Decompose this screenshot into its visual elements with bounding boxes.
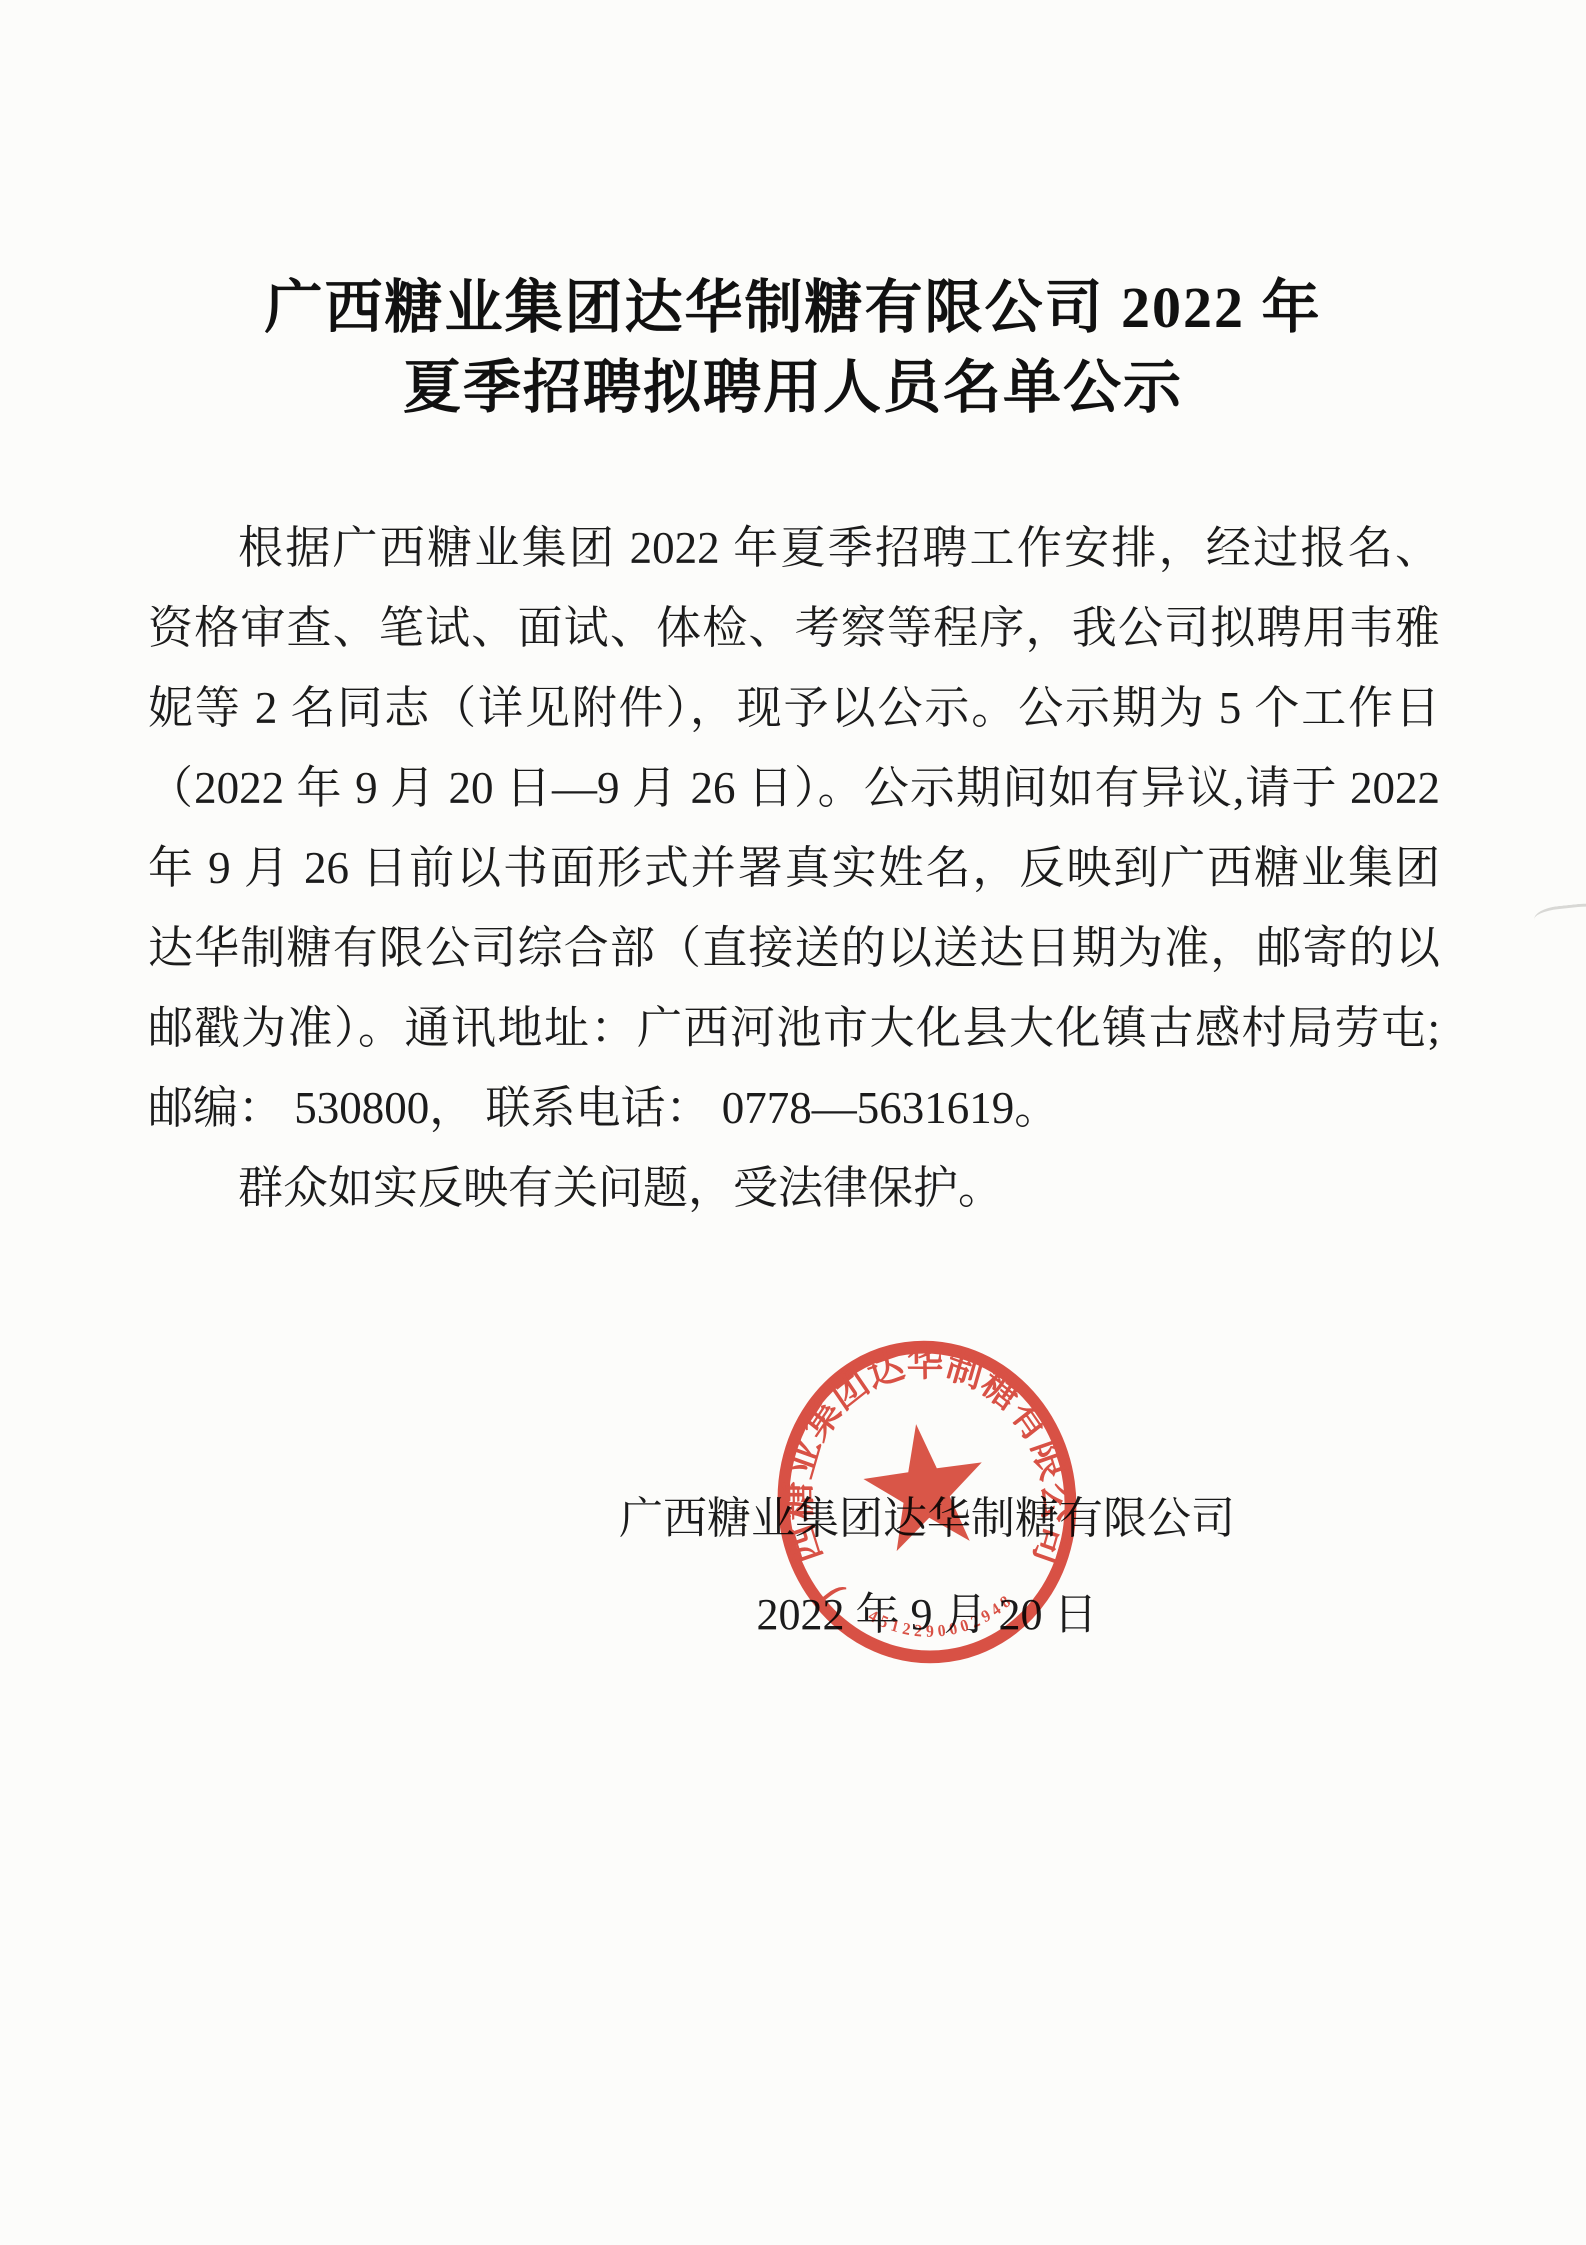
document-title: 广西糖业集团达华制糖有限公司 2022 年 夏季招聘拟聘用人员名单公示 <box>0 268 1586 428</box>
body-line: 根据广西糖业集团 2022 年夏季招聘工作安排，经过报名、 <box>148 508 1440 588</box>
body-line: 邮戳为准）。通讯地址：广西河池市大化县大化镇古感村局劳屯; <box>148 988 1440 1068</box>
title-line-1: 广西糖业集团达华制糖有限公司 2022 年 <box>0 268 1586 348</box>
body-line: 资格审查、笔试、面试、体检、考察等程序，我公司拟聘用韦雅 <box>148 588 1440 668</box>
body-line: 邮编： 530800， 联系电话： 0778—5631619。 <box>148 1068 1440 1148</box>
scan-artifact-mark <box>1533 901 1586 930</box>
body-line: （2022 年 9 月 20 日—9 月 26 日）。公示期间如有异议,请于 2… <box>148 748 1440 828</box>
body-paragraph-2: 群众如实反映有关问题，受法律保护。 <box>148 1148 1440 1228</box>
body-line: 妮等 2 名同志（详见附件），现予以公示。公示期为 5 个工作日 <box>148 668 1440 748</box>
document-page: 广西糖业集团达华制糖有限公司 2022 年 夏季招聘拟聘用人员名单公示 根据广西… <box>0 0 1586 2245</box>
title-line-2: 夏季招聘拟聘用人员名单公示 <box>0 348 1586 428</box>
document-body: 根据广西糖业集团 2022 年夏季招聘工作安排，经过报名、 资格审查、笔试、面试… <box>148 508 1440 1228</box>
seal-company-arc-text: 广西糖业集团达华制糖有限公司 <box>756 1321 1088 1615</box>
body-line: 达华制糖有限公司综合部（直接送的以送达日期为准，邮寄的以 <box>148 908 1440 988</box>
body-line: 年 9 月 26 日前以书面形式并署真实姓名，反映到广西糖业集团 <box>148 828 1440 908</box>
signature-date: 2022 年 9 月 20 日 <box>557 1578 1297 1642</box>
signature-company: 广西糖业集团达华制糖有限公司 <box>557 1482 1297 1546</box>
